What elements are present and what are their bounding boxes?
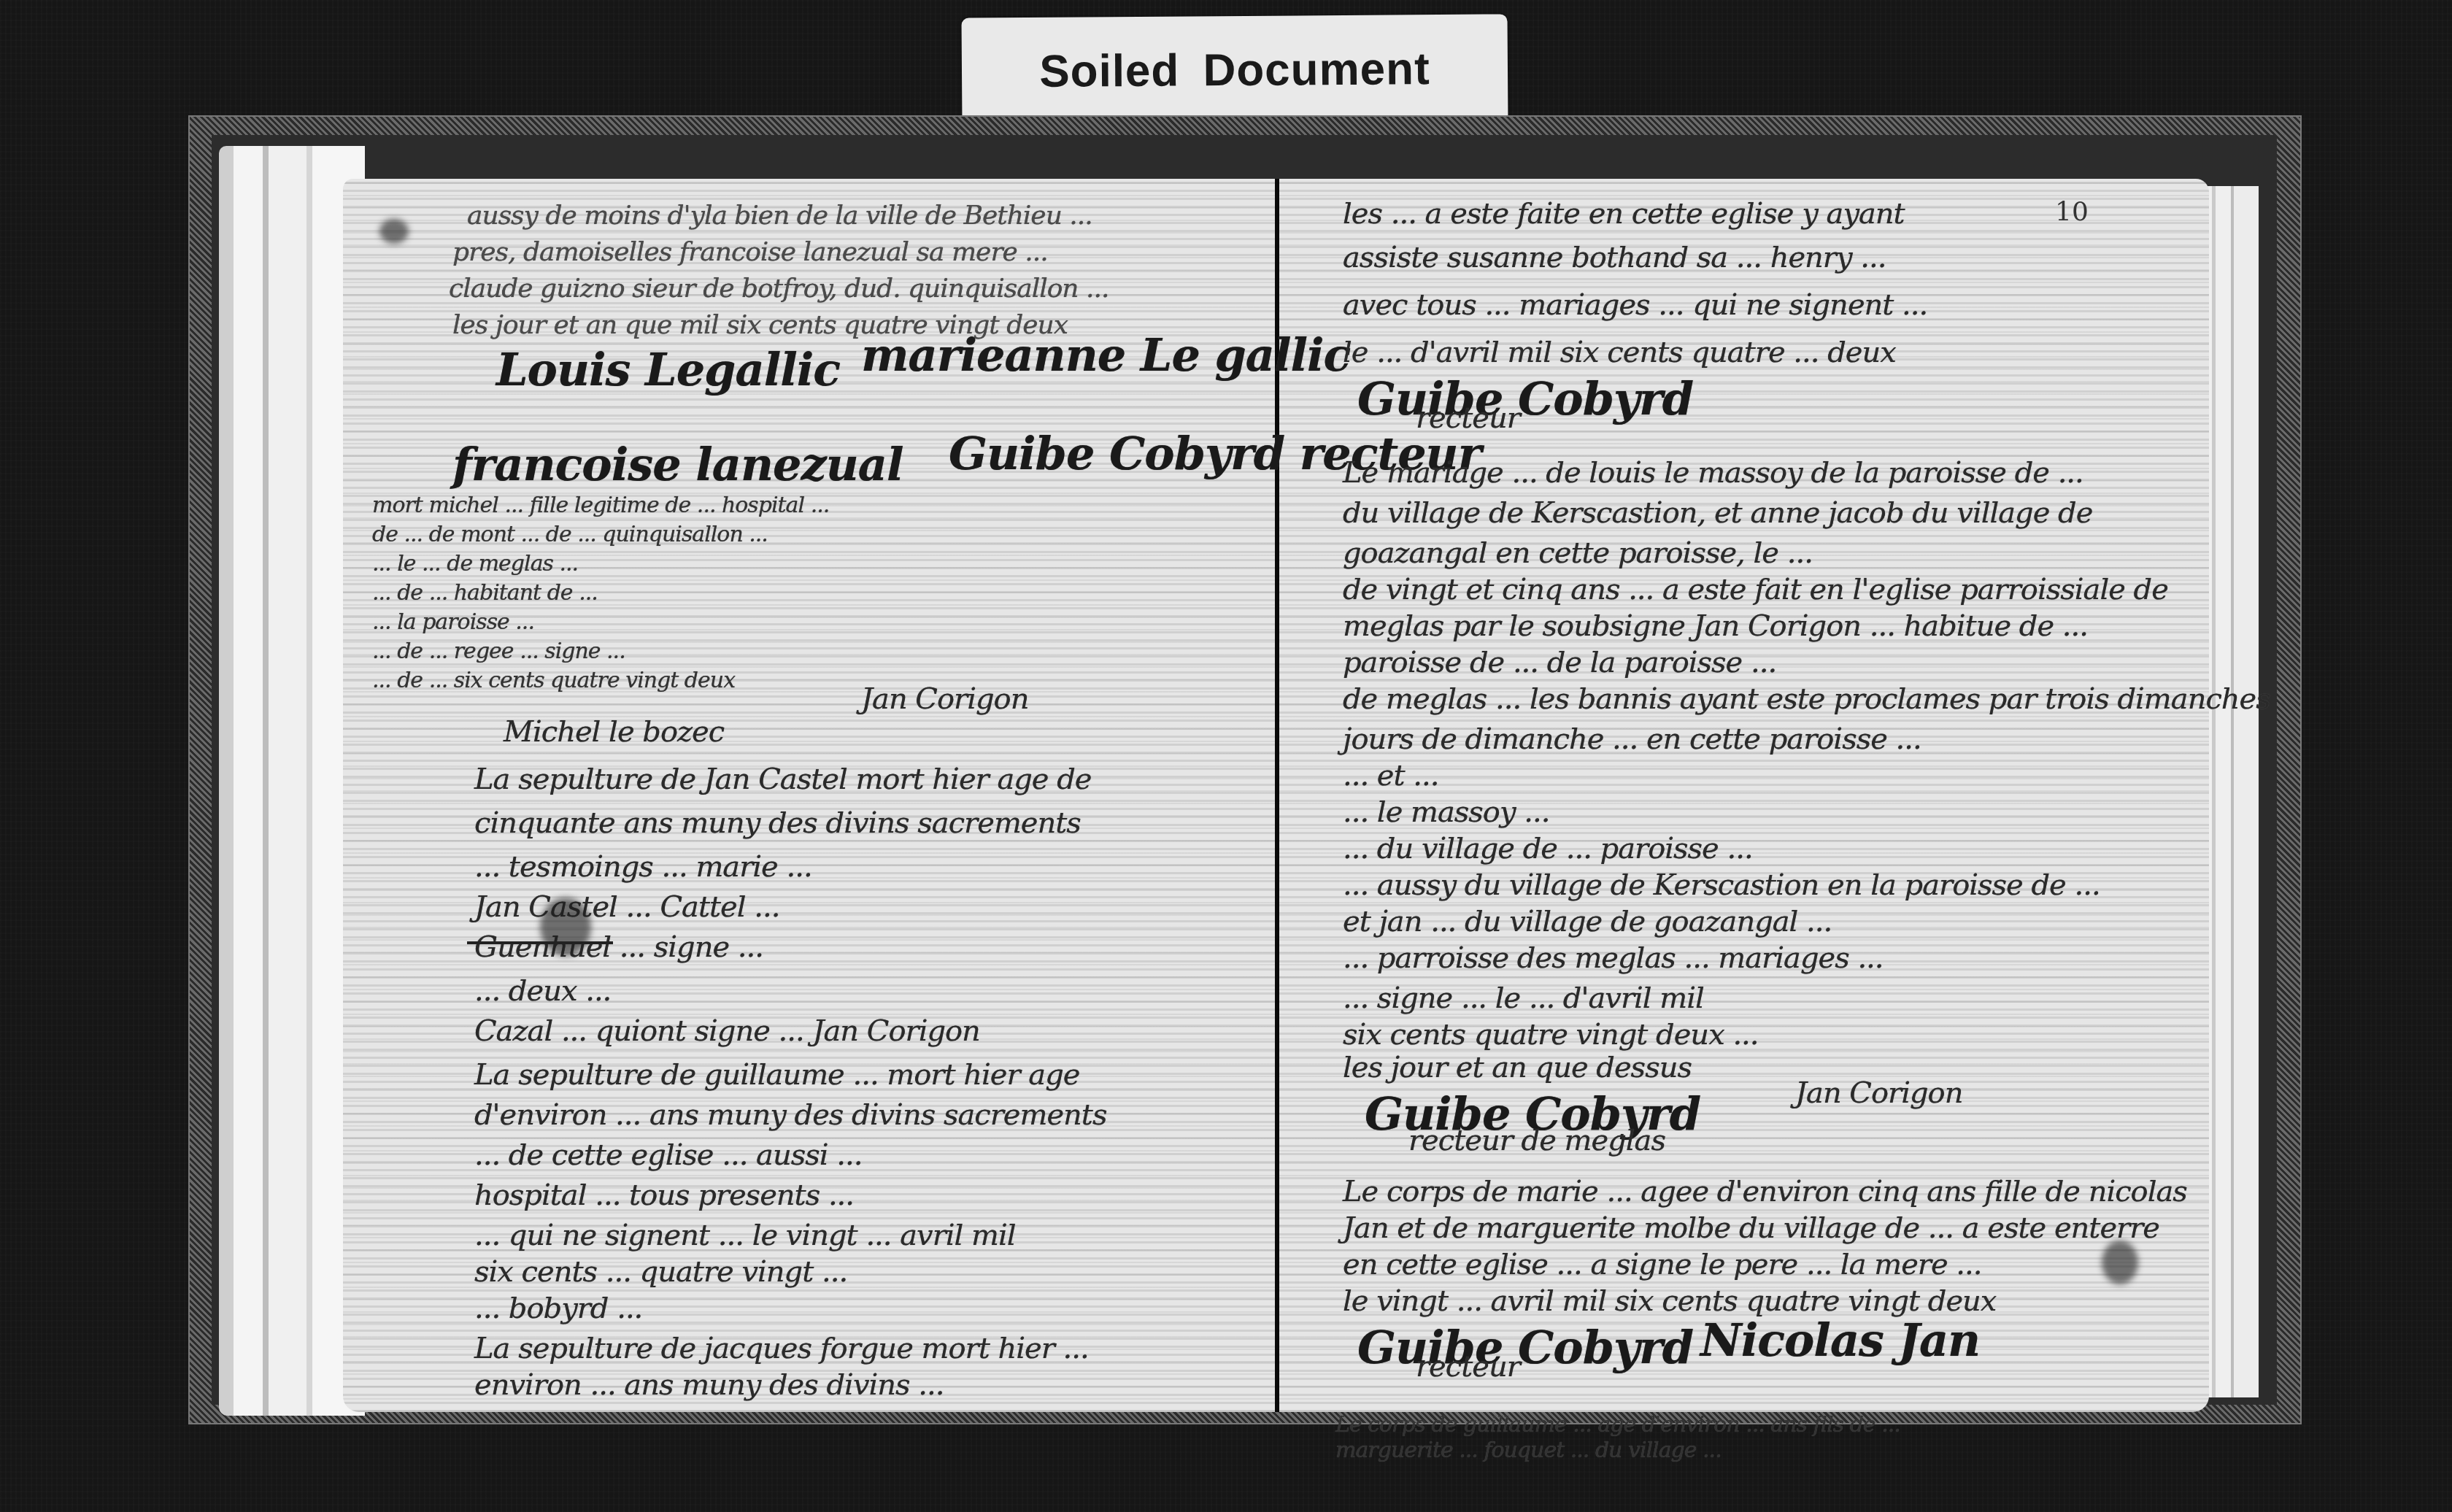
handwritten-line: paroisse de ... de la paroisse ... (1343, 646, 1776, 679)
handwritten-line: ... qui ne signent ... le vingt ... avri… (474, 1219, 1016, 1252)
handwritten-line: marguerite ... fouquet ... du village ..… (1335, 1438, 1722, 1463)
handwritten-line: cinquante ans muny des divins sacrements (474, 806, 1081, 840)
handwritten-line: ... de ... habitant de ... (372, 580, 598, 606)
signature: Guibe Cobyrd (1357, 372, 1693, 425)
handwritten-line: Cazal ... quiont signe ... Jan Corigon (474, 1014, 980, 1048)
handwritten-line: ... le ... de meglas ... (372, 551, 578, 576)
handwritten-line: mort michel ... fille legitime de ... ho… (372, 493, 829, 518)
signature: Nicolas Jan (1700, 1314, 1980, 1367)
handwritten-line: six cents quatre vingt deux ... (1343, 1018, 1759, 1052)
soiled-document-label: Soiled Document (961, 14, 1508, 126)
handwritten-line: ... de cette eglise ... aussi ... (474, 1138, 862, 1172)
handwritten-line: La sepulture de jacques forgue mort hier… (474, 1332, 1089, 1365)
signature: Jan Corigon (861, 682, 1028, 716)
signature: marieanne Le gallic (861, 328, 1350, 382)
handwritten-line: jours de dimanche ... en cette paroisse … (1343, 722, 1921, 756)
handwritten-line: hospital ... tous presents ... (474, 1179, 854, 1212)
handwritten-line: goazangal en cette paroisse, le ... (1343, 536, 1813, 570)
handwritten-line: les ... a este faite en cette eglise y a… (1343, 197, 1905, 231)
handwritten-line: Le mariage ... de louis le massoy de la … (1343, 456, 2083, 490)
handwritten-line: environ ... ans muny des divins ... (474, 1368, 944, 1402)
handwritten-line: ... de ... six cents quatre vingt deux (372, 668, 735, 693)
handwritten-line: les jour et an que dessus (1343, 1051, 1692, 1084)
handwritten-line: avec tous ... mariages ... qui ne signen… (1343, 288, 1927, 322)
handwritten-line: ... de ... regee ... signe ... (372, 639, 625, 664)
handwritten-line: ... tesmoings ... marie ... (474, 850, 812, 884)
handwritten-line: ... du village de ... paroisse ... (1343, 832, 1753, 865)
handwritten-line: ... parroisse des meglas ... mariages ..… (1343, 941, 1884, 975)
ink-stroke (467, 941, 613, 944)
ink-blot (540, 898, 591, 956)
handwritten-line: Jan et de marguerite molbe du village de… (1343, 1211, 2159, 1245)
handwritten-line: du village de Kerscastion, et anne jacob… (1343, 496, 2092, 530)
handwritten-line: claude guizno sieur de botfroy, dud. qui… (449, 274, 1109, 304)
handwritten-line: de ... de mont ... de ... quinquisallon … (372, 522, 768, 547)
margin-note: Michel le bozec (504, 715, 724, 749)
handwritten-line: ... le massoy ... (1343, 795, 1549, 829)
handwritten-line: aussy de moins d'yla bien de la ville de… (467, 201, 1092, 231)
ink-blot (2102, 1241, 2138, 1284)
handwritten-line: assiste susanne bothand sa ... henry ... (1343, 241, 1886, 274)
signature: recteur (1416, 1350, 1520, 1384)
handwritten-line: Jan Castel ... Cattel ... (474, 890, 779, 924)
handwritten-line: ... la paroisse ... (372, 609, 534, 635)
handwritten-line: pres, damoiselles francoise lanezual sa … (452, 237, 1048, 267)
signature: recteur de meglas (1408, 1124, 1665, 1157)
handwritten-line: en cette eglise ... a signe le pere ... … (1343, 1248, 1981, 1281)
handwritten-line: La sepulture de Jan Castel mort hier age… (474, 763, 1092, 796)
signature: recteur (1416, 401, 1520, 435)
handwritten-line: ... et ... (1343, 759, 1438, 792)
signature: Jan Corigon (1795, 1076, 1962, 1110)
label-text: Soiled Document (1039, 43, 1430, 98)
handwritten-line: meglas par le soubsigne Jan Corigon ... … (1343, 609, 2088, 643)
handwritten-line: six cents ... quatre vingt ... (474, 1255, 847, 1289)
handwritten-line: ... bobyrd ... (474, 1292, 642, 1325)
handwritten-line: ... signe ... le ... d'avril mil (1343, 981, 1704, 1015)
page-number: 10 (2055, 197, 2089, 227)
handwritten-line: de vingt et cinq ans ... a este fait en … (1343, 573, 2168, 606)
ink-blot (379, 219, 409, 244)
handwritten-line: et jan ... du village de goazangal ... (1343, 905, 1832, 938)
handwritten-line: le ... d'avril mil six cents quatre ... … (1343, 336, 1896, 369)
handwritten-line: d'environ ... ans muny des divins sacrem… (474, 1098, 1106, 1132)
handwritten-line: de meglas ... les bannis ayant este proc… (1343, 682, 2270, 716)
handwritten-line: ... aussy du village de Kerscastion en l… (1343, 868, 2100, 902)
signature: Guibe Cobyrd (1357, 1321, 1693, 1374)
handwritten-line: ... deux ... (474, 974, 611, 1008)
handwritten-line: Le corps de marie ... agee d'environ cin… (1343, 1175, 2187, 1208)
signature: francoise lanezual (452, 438, 903, 491)
signature: Louis Legallic (496, 343, 840, 396)
handwritten-line: Guenhuel ... signe ... (474, 930, 763, 964)
handwritten-line: La sepulture de guillaume ... mort hier … (474, 1058, 1079, 1092)
handwritten-line: Le corps de guillaume ... age d'environ … (1335, 1412, 1900, 1438)
